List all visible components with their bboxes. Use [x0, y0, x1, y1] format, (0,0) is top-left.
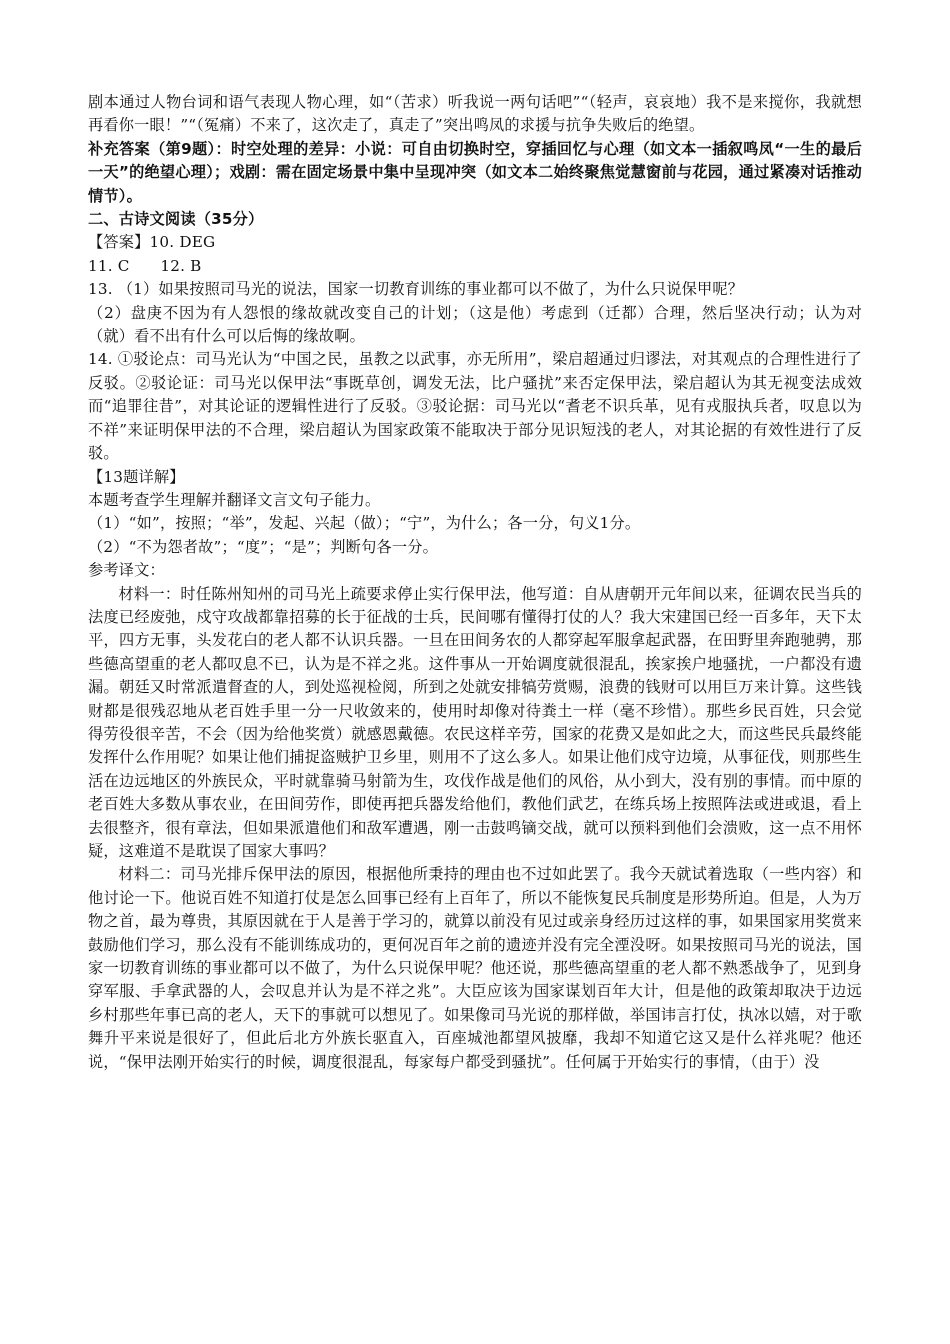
q13-intro: 本题考查学生理解并翻译文言文句子能力。 — [88, 489, 862, 512]
section-heading-classical-reading: 二、古诗文阅读（35分） — [88, 208, 862, 231]
q13-scoring-part2: （2）“不为怨者故”；“度”；“是”；判断句各一分。 — [88, 536, 862, 559]
q13-scoring-part1: （1）“如”，按照；“举”，发起、兴起（做）；“宁”，为什么；各一分，句义1分。 — [88, 512, 862, 535]
answer-q14: 14. ①驳论点：司马光认为“中国之民，虽教之以武事，亦无所用”，梁启超通过归谬… — [88, 348, 862, 465]
q9-drama-analysis: 剧本通过人物台词和语气表现人物心理，如“（苦求）听我说一两句话吧”“（轻声，哀哀… — [88, 91, 862, 138]
q9-supplementary-answer: 补充答案（第9题）：时空处理的差异：小说：可自由切换时空，穿插回忆与心理（如文本… — [88, 138, 862, 208]
translation-heading: 参考译文： — [88, 559, 862, 582]
answer-q10: 【答案】10. DEG — [88, 231, 862, 254]
answer-q13-part2: （2）盘庚不因为有人怨恨的缘故就改变自己的计划；（这是他）考虑到（迁都）合理，然… — [88, 302, 862, 349]
document-page: 剧本通过人物台词和语气表现人物心理，如“（苦求）听我说一两句话吧”“（轻声，哀哀… — [88, 91, 862, 1074]
translation-material-2: 材料二：司马光排斥保甲法的原因，根据他所秉持的理由也不过如此罢了。我今天就试着选… — [88, 863, 862, 1074]
answer-q11-q12: 11. C 12. B — [88, 255, 862, 278]
translation-material-1: 材料一：时任陈州知州的司马光上疏要求停止实行保甲法，他写道：自从唐朝开元年间以来… — [88, 583, 862, 864]
answer-q13-part1: 13. （1）如果按照司马光的说法，国家一切教育训练的事业都可以不做了，为什么只… — [88, 278, 862, 301]
q13-detail-heading: 【13题详解】 — [88, 466, 862, 489]
